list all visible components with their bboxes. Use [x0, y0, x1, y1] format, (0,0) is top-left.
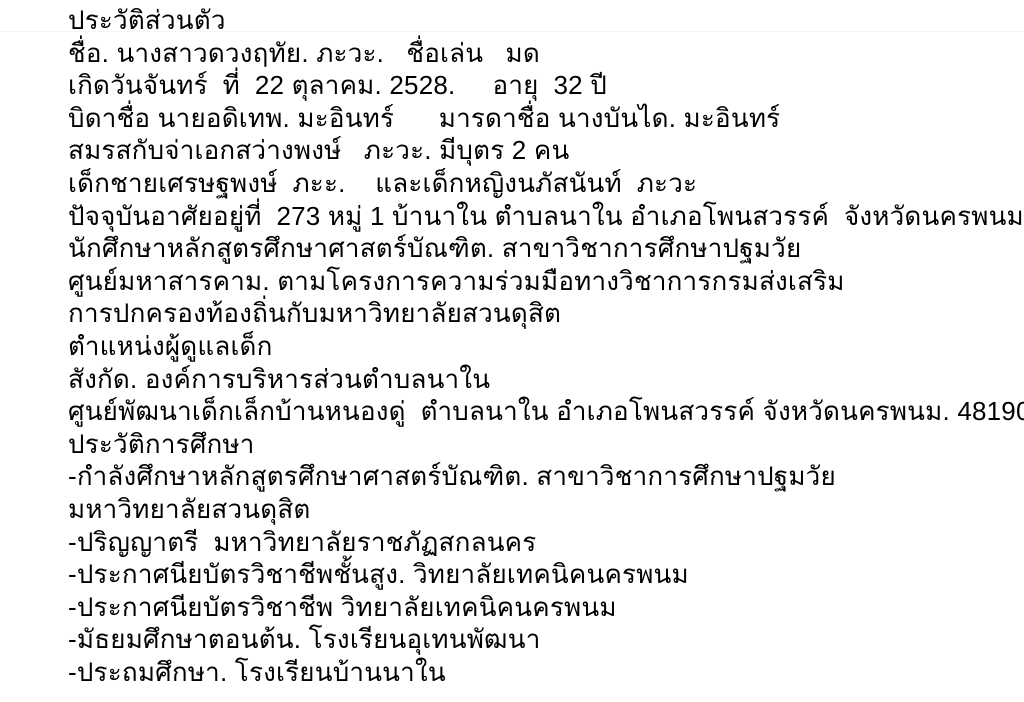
text-line-student-program: นักศึกษาหลักสูตรศึกษาศาสตร์บัณฑิต. สาขาว… [68, 232, 1014, 265]
text-line-edu-secondary: -มัธยมศึกษาตอนต้น. โรงเรียนอุเทนพัฒนา [68, 623, 1014, 656]
text-line-workplace: ศูนย์พัฒนาเด็กเล็กบ้านหนองดู่ ตำบลนาใน อ… [68, 395, 1014, 428]
text-line-name: ชื่อ. นางสาวดวงฤทัย. ภะวะ. ชื่อเล่น มด [68, 37, 1014, 70]
text-line-edu-vc: -ประกาศนียบัตรวิชาชีพ วิทยาลัยเทคนิคนครพ… [68, 591, 1014, 624]
text-line-marriage: สมรสกับจ่าเอกสว่างพงษ์ ภะวะ. มีบุตร 2 คน [68, 134, 1014, 167]
document-page: ประวัติส่วนตัว ชื่อ. นางสาวดวงฤทัย. ภะวะ… [0, 0, 1024, 702]
text-line-edu-hvc: -ประกาศนียบัตรวิชาชีพชั้นสูง. วิทยาลัยเท… [68, 558, 1014, 591]
text-line-children: เด็กชายเศรษฐพงษ์ ภะะ. และเด็กหญิงนภัสนัน… [68, 167, 1014, 200]
text-line-edu-bachelor: -ปริญญาตรี มหาวิทยาลัยราชภัฏสกลนคร [68, 526, 1014, 559]
text-line-affiliation: สังกัด. องค์การบริหารส่วนตำบลนาใน [68, 363, 1014, 396]
text-line-edu-primary: -ประถมศึกษา. โรงเรียนบ้านนาใน [68, 656, 1014, 689]
text-line-edu-current: -กำลังศึกษาหลักสูตรศึกษาศาสตร์บัณฑิต. สา… [68, 460, 1014, 493]
text-line-edu-current-univ: มหาวิทยาลัยสวนดุสิต [68, 493, 1014, 526]
document-title: ประวัติส่วนตัว [68, 4, 1014, 37]
text-line-address: ปัจจุบันอาศัยอยู่ที่ 273 หมู่ 1 บ้านาใน … [68, 200, 1014, 233]
text-line-birthdate: เกิดวันจันทร์ ที่ 22 ตุลาคม. 2528. อายุ … [68, 69, 1014, 102]
text-line-center: ศูนย์มหาสารคาม. ตามโครงการความร่วมมือทาง… [68, 265, 1014, 298]
document-body: ประวัติส่วนตัว ชื่อ. นางสาวดวงฤทัย. ภะวะ… [68, 4, 1014, 688]
text-line-parents: บิดาชื่อ นายอดิเทพ. มะอินทร์ มารดาชื่อ น… [68, 102, 1014, 135]
text-line-position: ตำแหน่งผู้ดูแลเด็ก [68, 330, 1014, 363]
section-heading-education: ประวัติการศึกษา [68, 428, 1014, 461]
text-line-program-cont: การปกครองท้องถิ่นกับมหาวิทยาลัยสวนดุสิต [68, 297, 1014, 330]
